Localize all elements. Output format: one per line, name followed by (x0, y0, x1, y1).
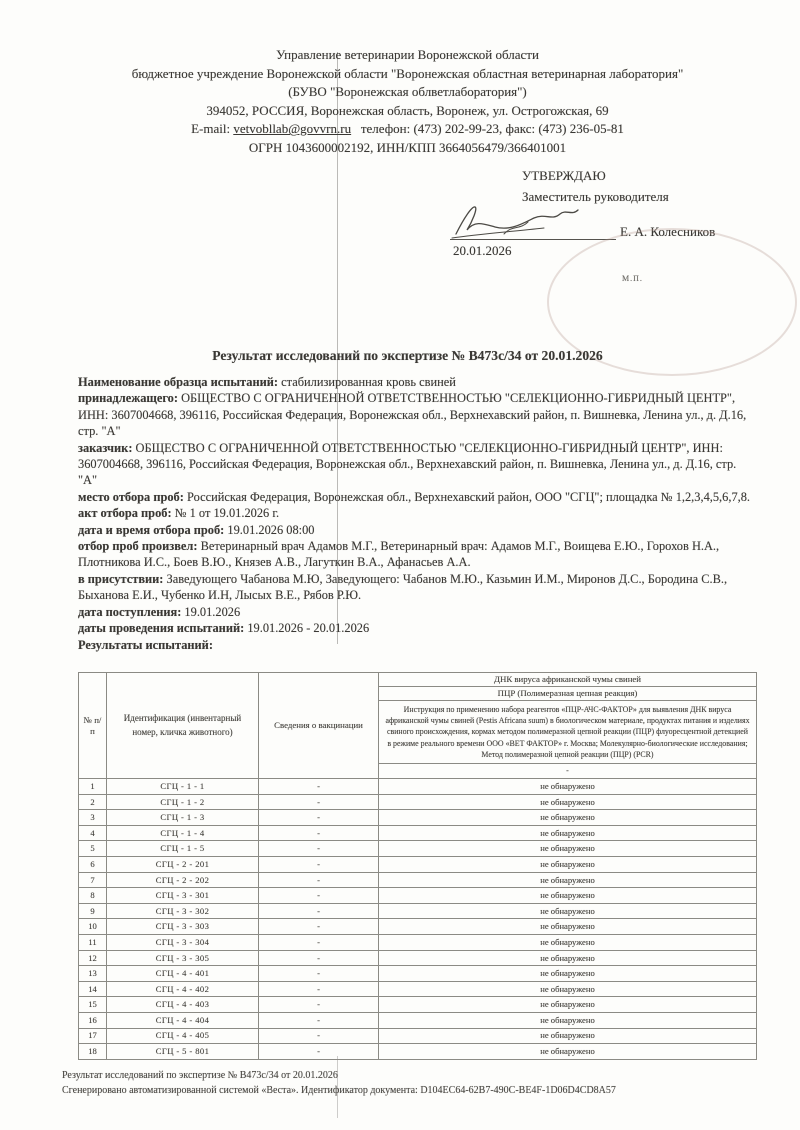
detail-line: заказчик: ОБЩЕСТВО С ОГРАНИЧЕННОЙ ОТВЕТС… (78, 440, 758, 489)
table-row: 12 СГЦ - 3 - 305 - не обнаружено (79, 950, 757, 966)
scanned-document-page: Управление ветеринарии Воронежской облас… (0, 0, 800, 1130)
row-number: 4 (79, 825, 107, 841)
signature-icon (448, 200, 623, 242)
row-number: 8 (79, 888, 107, 904)
vaccination-info: - (259, 857, 379, 873)
test-result: не обнаружено (379, 919, 757, 935)
sample-id: СГЦ - 3 - 303 (107, 919, 259, 935)
row-number: 6 (79, 857, 107, 873)
row-number: 14 (79, 981, 107, 997)
signature-line (450, 239, 616, 240)
detail-label: принадлежащего: (78, 391, 178, 405)
col-header-test-group: ДНК вируса африканской чумы свиней (379, 673, 757, 687)
table-row: 1 СГЦ - 1 - 1 - не обнаружено (79, 779, 757, 795)
detail-value: ОБЩЕСТВО С ОГРАНИЧЕННОЙ ОТВЕТСТВЕННОСТЬЮ… (78, 441, 736, 488)
table-row: 11 СГЦ - 3 - 304 - не обнаружено (79, 935, 757, 951)
test-result: не обнаружено (379, 903, 757, 919)
org-contacts-line: E-mail: vetvobllab@govvrn.ru телефон: (4… (55, 120, 760, 139)
vaccination-info: - (259, 997, 379, 1013)
email-label: E-mail: (191, 121, 230, 136)
col-header-identification: Идентификация (инвентарный номер, кличка… (107, 673, 259, 779)
vaccination-info: - (259, 794, 379, 810)
test-result: не обнаружено (379, 825, 757, 841)
org-address: 394052, РОССИЯ, Воронежская область, Вор… (55, 102, 760, 121)
row-number: 9 (79, 903, 107, 919)
detail-line: акт отбора проб: № 1 от 19.01.2026 г. (78, 505, 758, 521)
col-header-method-description: Инструкция по применению набора реагенто… (379, 700, 757, 763)
detail-line: Наименование образца испытаний: стабилиз… (78, 374, 758, 390)
vaccination-info: - (259, 810, 379, 826)
detail-value: 19.01.2026 (181, 605, 240, 619)
sample-id: СГЦ - 1 - 2 (107, 794, 259, 810)
test-result: не обнаружено (379, 841, 757, 857)
table-row: 5 СГЦ - 1 - 5 - не обнаружено (79, 841, 757, 857)
row-number: 15 (79, 997, 107, 1013)
vaccination-info: - (259, 919, 379, 935)
test-result: не обнаружено (379, 779, 757, 795)
org-ogrn-inn: ОГРН 1043600002192, ИНН/КПП 3664056479/3… (55, 139, 760, 158)
table-row: 7 СГЦ - 2 - 202 - не обнаружено (79, 872, 757, 888)
detail-value: стабилизированная кровь свиней (278, 375, 456, 389)
detail-line: место отбора проб: Российская Федерация,… (78, 489, 758, 505)
table-row: 16 СГЦ - 4 - 404 - не обнаружено (79, 1012, 757, 1028)
letterhead: Управление ветеринарии Воронежской облас… (55, 46, 760, 158)
page-title: Результат исследований по экспертизе № В… (55, 348, 760, 364)
col-header-method-sub: - (379, 764, 757, 779)
table-row: 2 СГЦ - 1 - 2 - не обнаружено (79, 794, 757, 810)
detail-label: в присутствии: (78, 572, 163, 586)
sample-id: СГЦ - 4 - 405 (107, 1028, 259, 1044)
detail-value: 19.01.2026 - 20.01.2026 (244, 621, 369, 635)
phone-fax: телефон: (473) 202-99-23, факс: (473) 23… (361, 121, 624, 136)
sample-id: СГЦ - 4 - 404 (107, 1012, 259, 1028)
detail-value: 19.01.2026 08:00 (224, 523, 314, 537)
row-number: 12 (79, 950, 107, 966)
col-header-test-method: ПЦР (Полимеразная цепная реакция) (379, 686, 757, 700)
vaccination-info: - (259, 1028, 379, 1044)
detail-value: Российская Федерация, Воронежская обл., … (184, 490, 750, 504)
results-tbody: 1 СГЦ - 1 - 1 - не обнаружено 2 СГЦ - 1 … (79, 779, 757, 1060)
org-name-line3: (БУВО "Воронежская облветлаборатория") (55, 83, 760, 102)
detail-value: Заведующего Чабанова М.Ю, Заведующего: Ч… (78, 572, 727, 602)
sample-id: СГЦ - 4 - 402 (107, 981, 259, 997)
col-header-number: № п/п (79, 673, 107, 779)
detail-line: отбор проб произвел: Ветеринарный врач А… (78, 538, 758, 571)
table-row: 3 СГЦ - 1 - 3 - не обнаружено (79, 810, 757, 826)
document-footer: Результат исследований по экспертизе № В… (62, 1069, 762, 1098)
sample-id: СГЦ - 2 - 202 (107, 872, 259, 888)
row-number: 13 (79, 966, 107, 982)
col-header-vaccination: Сведения о вакцинации (259, 673, 379, 779)
row-number: 3 (79, 810, 107, 826)
detail-line: дата и время отбора проб: 19.01.2026 08:… (78, 522, 758, 538)
detail-label: заказчик: (78, 441, 132, 455)
email-value: vetvobllab@govvrn.ru (233, 121, 351, 136)
org-name-line1: Управление ветеринарии Воронежской облас… (55, 46, 760, 65)
vaccination-info: - (259, 888, 379, 904)
details: Наименование образца испытаний: стабилиз… (78, 374, 758, 653)
detail-line: в присутствии: Заведующего Чабанова М.Ю,… (78, 571, 758, 604)
detail-value: ОБЩЕСТВО С ОГРАНИЧЕННОЙ ОТВЕТСТВЕННОСТЬЮ… (78, 391, 746, 438)
results-table: № п/п Идентификация (инвентарный номер, … (78, 672, 757, 1060)
org-name-line2: бюджетное учреждение Воронежской области… (55, 65, 760, 84)
sample-id: СГЦ - 5 - 801 (107, 1044, 259, 1060)
vaccination-info: - (259, 966, 379, 982)
table-row: 6 СГЦ - 2 - 201 - не обнаружено (79, 857, 757, 873)
detail-label: даты проведения испытаний: (78, 621, 244, 635)
sample-id: СГЦ - 3 - 305 (107, 950, 259, 966)
detail-label: Результаты испытаний: (78, 638, 213, 652)
test-result: не обнаружено (379, 888, 757, 904)
detail-line: Результаты испытаний: (78, 637, 758, 653)
sample-id: СГЦ - 2 - 201 (107, 857, 259, 873)
table-row: 14 СГЦ - 4 - 402 - не обнаружено (79, 981, 757, 997)
test-result: не обнаружено (379, 810, 757, 826)
test-result: не обнаружено (379, 872, 757, 888)
approval-date: 20.01.2026 (453, 243, 512, 259)
sample-id: СГЦ - 4 - 401 (107, 966, 259, 982)
row-number: 7 (79, 872, 107, 888)
footer-generated-line: Сгенерировано автоматизированной системо… (62, 1084, 762, 1099)
table-row: 17 СГЦ - 4 - 405 - не обнаружено (79, 1028, 757, 1044)
row-number: 17 (79, 1028, 107, 1044)
detail-label: Наименование образца испытаний: (78, 375, 278, 389)
vaccination-info: - (259, 903, 379, 919)
footer-expertise-line: Результат исследований по экспертизе № В… (62, 1069, 762, 1084)
test-result: не обнаружено (379, 794, 757, 810)
detail-label: место отбора проб: (78, 490, 184, 504)
row-number: 11 (79, 935, 107, 951)
row-number: 10 (79, 919, 107, 935)
row-number: 2 (79, 794, 107, 810)
detail-line: дата поступления: 19.01.2026 (78, 604, 758, 620)
row-number: 18 (79, 1044, 107, 1060)
sample-id: СГЦ - 3 - 304 (107, 935, 259, 951)
stamp-place-label: М.П. (622, 274, 643, 283)
vaccination-info: - (259, 872, 379, 888)
detail-label: дата поступления: (78, 605, 181, 619)
table-row: 8 СГЦ - 3 - 301 - не обнаружено (79, 888, 757, 904)
approve-label: УТВЕРЖДАЮ (522, 165, 669, 186)
row-number: 1 (79, 779, 107, 795)
test-result: не обнаружено (379, 935, 757, 951)
table-row: 15 СГЦ - 4 - 403 - не обнаружено (79, 997, 757, 1013)
vaccination-info: - (259, 779, 379, 795)
sample-id: СГЦ - 1 - 3 (107, 810, 259, 826)
results-table-header: № п/п Идентификация (инвентарный номер, … (79, 673, 757, 779)
test-result: не обнаружено (379, 997, 757, 1013)
test-result: не обнаружено (379, 981, 757, 997)
detail-label: акт отбора проб: (78, 506, 172, 520)
table-row: 10 СГЦ - 3 - 303 - не обнаружено (79, 919, 757, 935)
vaccination-info: - (259, 981, 379, 997)
test-result: не обнаружено (379, 1044, 757, 1060)
sample-id: СГЦ - 1 - 1 (107, 779, 259, 795)
table-row: 4 СГЦ - 1 - 4 - не обнаружено (79, 825, 757, 841)
sample-id: СГЦ - 1 - 5 (107, 841, 259, 857)
test-result: не обнаружено (379, 1012, 757, 1028)
test-result: не обнаружено (379, 950, 757, 966)
vaccination-info: - (259, 950, 379, 966)
table-row: 9 СГЦ - 3 - 302 - не обнаружено (79, 903, 757, 919)
sample-id: СГЦ - 1 - 4 (107, 825, 259, 841)
detail-line: даты проведения испытаний: 19.01.2026 - … (78, 620, 758, 636)
vaccination-info: - (259, 1044, 379, 1060)
vaccination-info: - (259, 841, 379, 857)
row-number: 16 (79, 1012, 107, 1028)
sample-id: СГЦ - 3 - 301 (107, 888, 259, 904)
table-row: 18 СГЦ - 5 - 801 - не обнаружено (79, 1044, 757, 1060)
detail-line: принадлежащего: ОБЩЕСТВО С ОГРАНИЧЕННОЙ … (78, 390, 758, 439)
test-result: не обнаружено (379, 966, 757, 982)
test-result: не обнаружено (379, 857, 757, 873)
table-row: 13 СГЦ - 4 - 401 - не обнаружено (79, 966, 757, 982)
detail-value: № 1 от 19.01.2026 г. (172, 506, 280, 520)
detail-label: отбор проб произвел: (78, 539, 197, 553)
sample-id: СГЦ - 3 - 302 (107, 903, 259, 919)
test-result: не обнаружено (379, 1028, 757, 1044)
vaccination-info: - (259, 825, 379, 841)
detail-label: дата и время отбора проб: (78, 523, 224, 537)
row-number: 5 (79, 841, 107, 857)
vaccination-info: - (259, 1012, 379, 1028)
sample-id: СГЦ - 4 - 403 (107, 997, 259, 1013)
vaccination-info: - (259, 935, 379, 951)
